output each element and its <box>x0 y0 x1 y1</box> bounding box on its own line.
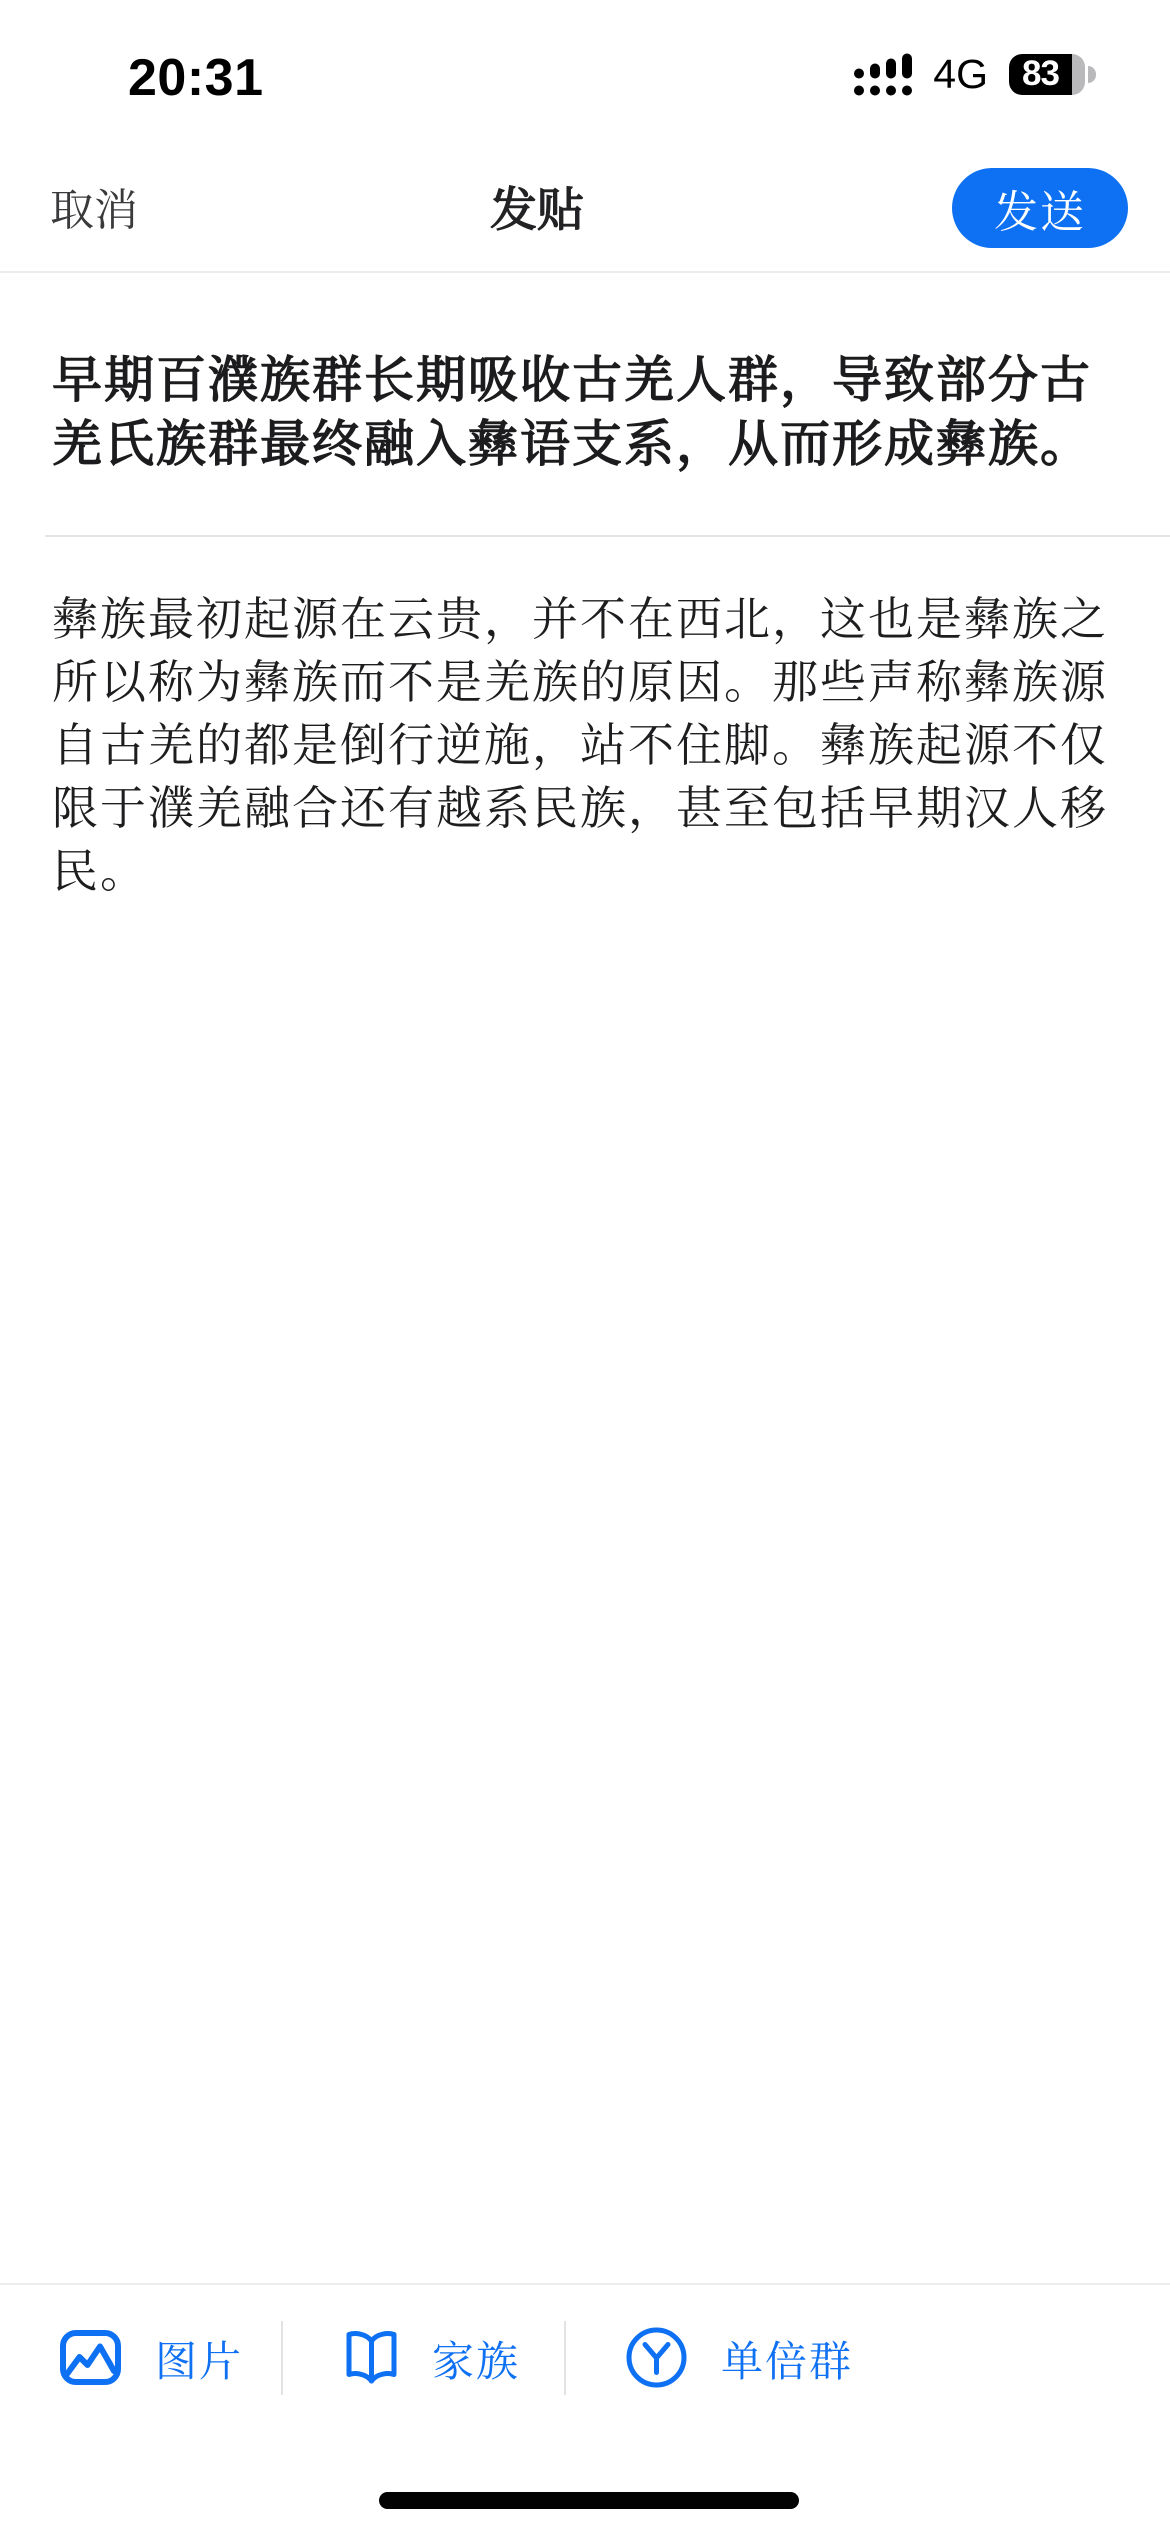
post-title-input[interactable]: 早期百濮族群长期吸收古羌人群，导致部分古羌氏族群最终融入彝语支系，从而形成彝族。 <box>52 348 1126 476</box>
add-picture-button[interactable]: 图片 <box>60 2323 243 2395</box>
page-title: 发贴 <box>0 140 1074 272</box>
nav-bar: 取消 发贴 发送 <box>0 140 1170 272</box>
toolbar-item-label: 图片 <box>155 2329 243 2389</box>
title-body-divider <box>45 535 1170 537</box>
family-button[interactable]: 家族 <box>345 2323 520 2395</box>
post-body-input[interactable]: 彝族最初起源在云贵，并不在西北，这也是彝族之所以称为彝族而不是羌族的原因。那些声… <box>52 588 1126 903</box>
haplogroup-y-icon <box>626 2327 687 2391</box>
status-right-cluster: 4G 83 <box>854 52 1096 96</box>
battery-percent: 83 <box>1009 54 1072 95</box>
toolbar-item-label: 单倍群 <box>721 2329 853 2389</box>
post-compose-screen: 20:31 4G 83 <box>0 0 1170 2532</box>
haplogroup-button[interactable]: 单倍群 <box>626 2323 853 2395</box>
status-time: 20:31 <box>128 48 264 108</box>
home-indicator[interactable] <box>379 2492 799 2509</box>
nav-divider <box>0 271 1170 273</box>
network-type-label: 4G <box>933 52 988 96</box>
battery-body: 83 <box>1009 54 1085 95</box>
photo-icon <box>60 2330 121 2388</box>
toolbar-item-label: 家族 <box>432 2329 520 2389</box>
toolbar-divider <box>564 2321 566 2395</box>
send-button[interactable]: 发送 <box>952 168 1128 248</box>
open-book-icon <box>345 2329 398 2389</box>
cellular-signal-icon <box>854 53 912 96</box>
battery-icon: 83 <box>1009 54 1096 95</box>
toolbar-divider <box>281 2321 283 2395</box>
battery-cap <box>1088 66 1096 83</box>
